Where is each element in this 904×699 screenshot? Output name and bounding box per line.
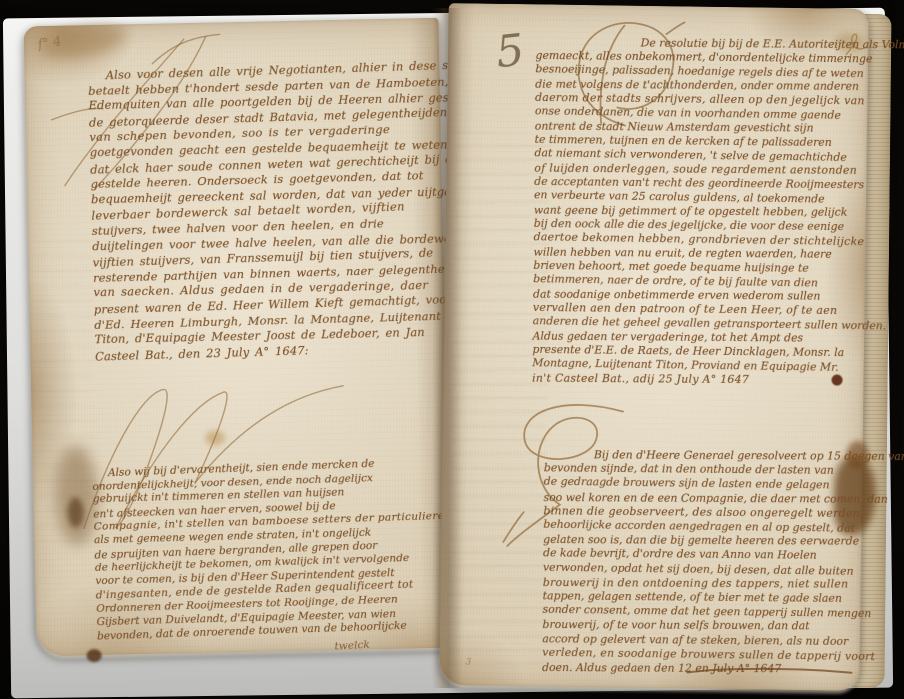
- handwritten-line: ontrent de stadt Nieuw Amsterdam gevesti…: [535, 119, 873, 135]
- handwritten-line: Aldus gedaen ter vergaderinge, tot het A…: [533, 329, 871, 345]
- manuscript-right-page: 5 De resolutie bij bij de E.E. Autoritei…: [439, 3, 868, 691]
- handwritten-line: brouwerij in den ontdoening des tappers,…: [543, 576, 867, 592]
- stain: [205, 430, 225, 445]
- handwritten-line: dat soodanige onbetimmerde erven wederom…: [533, 287, 871, 303]
- handwritten-line: Bij den d'Heere Generael geresolveert op…: [594, 448, 868, 464]
- handwritten-line: De resolutie bij bij de E.E. Autoriteijt…: [641, 36, 874, 52]
- handwritten-paragraph: Bij den d'Heere Generael geresolveert op…: [542, 447, 868, 677]
- handwritten-line: of luijden onderleggen, soude regardemen…: [534, 161, 872, 177]
- manuscript-left-page: f° 4 Also voor desen alle vrije Negotian…: [23, 18, 451, 657]
- handwritten-line: die met volgens de t'achthonderden, onde…: [535, 77, 873, 93]
- handwritten-paragraph: Also wij bij d'ervarentheijt, sien ende …: [92, 456, 449, 644]
- manuscript-photograph: f° 4 Also voor desen alle vrije Negotian…: [0, 0, 904, 699]
- folio-number: f° 4: [37, 34, 63, 53]
- page-number: 5: [493, 25, 526, 79]
- handwritten-paragraph: Also voor desen alle vrije Negotianten, …: [88, 59, 452, 364]
- handwritten-line: doen. Aldus gedaen den 12 en July A° 164…: [542, 661, 866, 677]
- handwritten-line: in't Casteel Bat., adij 25 July A° 1647: [532, 371, 870, 387]
- handwritten-line: gelaten soo is, dan die bij gemelte heer…: [543, 533, 867, 549]
- stain: [67, 497, 84, 527]
- closing-word: twelck: [334, 639, 370, 653]
- gutter-mark: 3: [466, 657, 472, 667]
- handwritten-line: soo wel koren en de een Compagnie, die d…: [544, 490, 868, 506]
- ink-showthrough: [30, 240, 98, 551]
- handwritten-line: want geene bij getimmert of te opgestelt…: [534, 203, 872, 219]
- handwritten-line: brouwerij, of te voor hun selfs brouwen,…: [542, 618, 866, 634]
- handwritten-paragraph: De resolutie bij bij de E.E. Autoriteijt…: [532, 35, 874, 389]
- handwritten-line: willen hebben van nu eruit, de regten wa…: [533, 245, 871, 261]
